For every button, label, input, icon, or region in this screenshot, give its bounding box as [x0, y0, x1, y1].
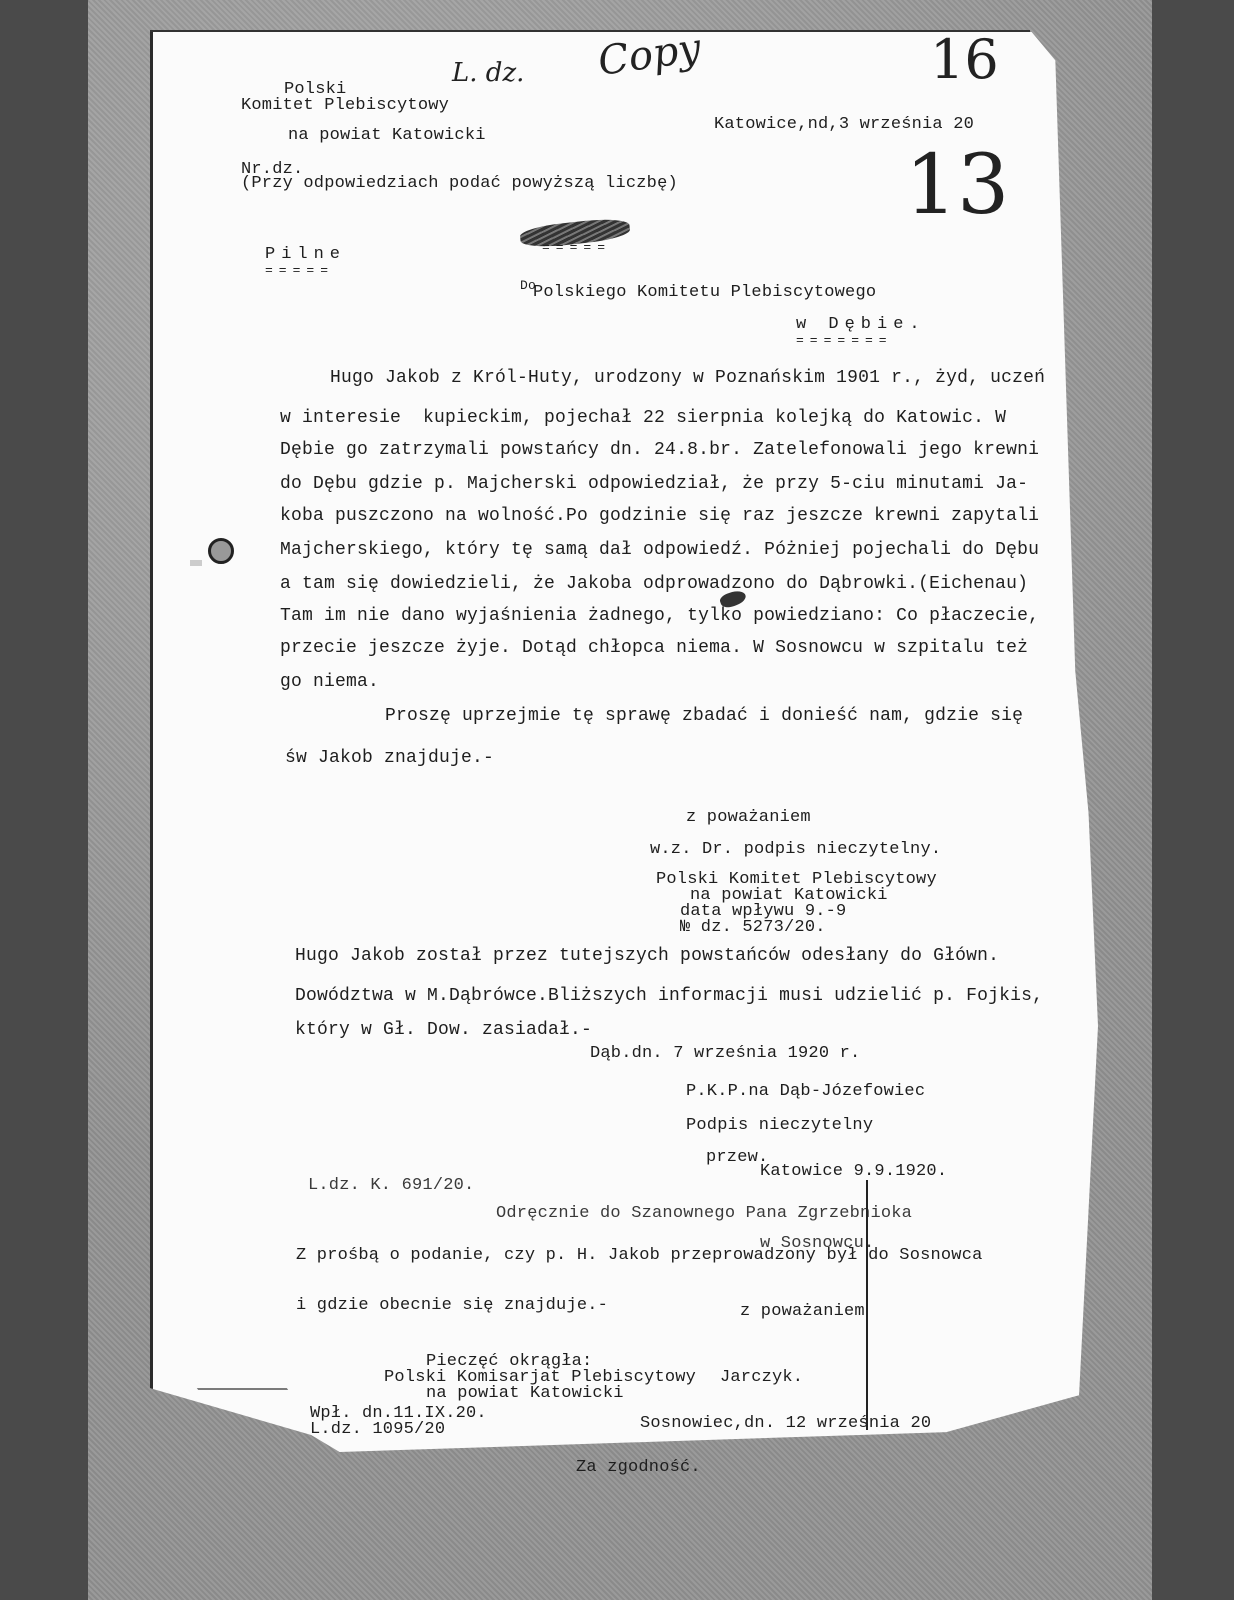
closing-signature: w.z. Dr. podpis nieczytelny.: [650, 840, 941, 859]
body-line: a tam się dowiedzieli, że Jakoba odprowa…: [280, 574, 1028, 594]
urgent-underline: =====: [265, 263, 334, 278]
certification: Za zgodność.: [576, 1458, 701, 1477]
reply1-signature: Podpis nieczytelny: [686, 1116, 873, 1135]
reply2-regards: z poważaniem: [740, 1302, 865, 1321]
handwritten-ref-mark: L. dz.: [452, 58, 524, 88]
seal-line2: na powiat Katowicki: [426, 1384, 624, 1403]
body-line: Hugo Jakob z Król-Huty, urodzony w Pozna…: [330, 368, 1045, 388]
body-line: koba puszczono na wolność.Po godzinie si…: [280, 506, 1039, 526]
body-line: Tam im nie dano wyjaśnienia żadnego, tyl…: [280, 606, 1039, 626]
reply1-line: który w Gł. Dow. zasiadał.-: [295, 1020, 592, 1040]
reply1-date: Dąb.dn. 7 września 1920 r.: [590, 1044, 860, 1063]
body-line: Dębie go zatrzymali powstańcy dn. 24.8.b…: [280, 440, 1039, 460]
body-line: przecie jeszcze żyje. Dotąd chłopca niem…: [280, 638, 1028, 658]
reply2-forward-line1: Odręcznie do Szanownego Pana Zgrzebnioka: [496, 1204, 912, 1223]
body-line: w interesie kupieckim, pojechał 22 sierp…: [280, 408, 1006, 428]
reply2-place-date: Katowice 9.9.1920.: [760, 1162, 947, 1181]
fold-line: [866, 1180, 868, 1430]
punch-mark: [190, 560, 202, 566]
ref-number-note: (Przy odpowiedziach podać powyższą liczb…: [241, 174, 678, 193]
reply1-line: Hugo Jakob został przez tutejszych powst…: [295, 946, 999, 966]
stamp-line4: № dz. 5273/20.: [680, 918, 826, 937]
request-line: św Jakob znajduje.-: [285, 748, 494, 768]
recipient-underline: =======: [796, 333, 893, 348]
punch-hole: [208, 538, 234, 564]
received-ref: L.dz. 1095/20: [310, 1420, 445, 1439]
body-line: do Dębu gdzie p. Majcherski odpowiedział…: [280, 474, 1028, 494]
recipient-line1: Polskiego Komitetu Plebiscytowego: [533, 283, 876, 302]
letterhead-line2: Komitet Plebiscytowy: [241, 96, 449, 115]
letterhead-line3: na powiat Katowicki: [288, 126, 486, 145]
final-date: Sosnowiec,dn. 12 września 20: [640, 1414, 931, 1433]
reply2-line: Z prośbą o podanie, czy p. H. Jakob prze…: [296, 1246, 983, 1265]
body-line: go niema.: [280, 672, 379, 692]
reply1-line: Dowództwa w M.Dąbrówce.Bliższych informa…: [295, 986, 1043, 1006]
double-underline: =====: [542, 240, 611, 255]
body-line: Majcherskiego, który tę samą dał odpowie…: [280, 540, 1039, 560]
reply2-ref: L.dz. K. 691/20.: [308, 1176, 474, 1195]
handwritten-page-number-big: 13: [905, 138, 1009, 233]
handwritten-page-number-top: 16: [930, 28, 999, 91]
seal-signer: Jarczyk.: [720, 1368, 803, 1387]
closing-regards: z poważaniem: [686, 808, 811, 827]
scanner-background-right: [1152, 0, 1234, 1600]
scanner-background-left: [0, 0, 88, 1600]
urgent-label: Pilne: [265, 245, 346, 264]
request-line: Proszę uprzejmie tę sprawę zbadać i doni…: [385, 706, 1023, 726]
date-line: Katowice,nd,3 września 20: [714, 115, 974, 134]
reply2-line: i gdzie obecnie się znajduje.-: [296, 1296, 608, 1315]
recipient-line2: w Dębie.: [796, 315, 926, 334]
reply1-org: P.K.P.na Dąb-Józefowiec: [686, 1082, 925, 1101]
